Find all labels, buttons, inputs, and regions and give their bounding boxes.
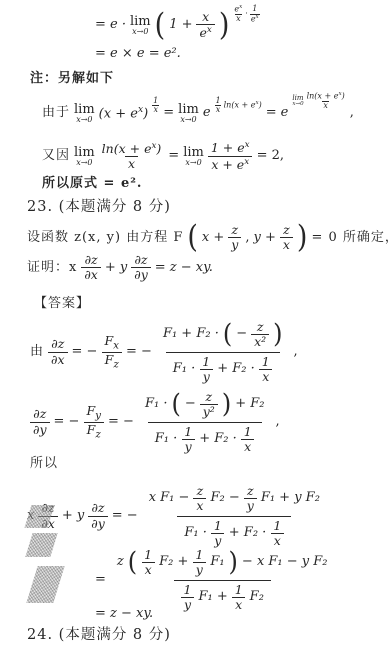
math-token: + y — [62, 508, 84, 524]
math-token: F₁ — [210, 555, 224, 570]
eq-line-6: ∂z ∂y = − Fy Fz = − F₁ · ( − z y² ) + F₂… — [30, 388, 280, 457]
problem-23-heading: 23. (本题满分 8 分) — [27, 198, 171, 216]
limit-operator: lim x→0 — [74, 103, 95, 124]
fraction: 1 y — [192, 548, 206, 578]
numerator: ∂z — [131, 253, 150, 267]
answer-label: 【答案】 — [34, 296, 90, 312]
comma: , — [294, 344, 298, 360]
math-token: = z − xy. — [155, 260, 213, 276]
math-token: = 2, — [257, 148, 284, 164]
limit-subscript: x→0 — [180, 116, 196, 124]
left-paren: ( — [171, 394, 180, 415]
minus-sign: − — [185, 397, 196, 412]
eq-line-7: x ∂z ∂x + y ∂z ∂y = − x F₁ − z x F₂ − z … — [27, 482, 327, 551]
fraction: z x² — [251, 320, 269, 350]
math-token: ) — [342, 92, 345, 101]
math-token: e — [199, 26, 206, 41]
numerator: 1 — [259, 355, 273, 369]
cn-token: 证明：x — [27, 260, 77, 276]
equals-sign: = − — [108, 414, 134, 430]
fraction: ∂z ∂y — [131, 253, 151, 283]
math-token: y + — [253, 230, 275, 246]
denominator: x — [152, 105, 159, 114]
limit-subscript: x→0 — [185, 159, 201, 167]
math-token: ) — [156, 141, 161, 156]
fraction: z y² — [200, 390, 218, 420]
big-fraction: x F₁ − z x F₂ − z y F₁ + y F₂ F₁ · 1 y + — [142, 482, 327, 551]
numerator: 1 — [232, 583, 246, 597]
equals-sign: = − — [112, 508, 138, 524]
big-fraction: F₁ · ( − z y² ) + F₂ F₁ · 1 y + F₂ · 1 — [138, 388, 272, 457]
math-token: F₁ · — [173, 362, 196, 377]
fraction: ln(x + ex) x — [306, 92, 346, 110]
fraction: x ex — [196, 10, 214, 41]
numerator: ∂z — [88, 501, 107, 515]
fraction: Fy Fz — [83, 404, 104, 440]
limit-operator: lim x→0 — [183, 146, 204, 167]
denominator: ∂y — [131, 267, 151, 282]
cn-token: = 0 所确定， — [311, 230, 392, 246]
comma: , — [350, 105, 354, 121]
equals-sign: = − — [72, 344, 98, 360]
numerator: ln(x + ex) — [306, 92, 346, 101]
limit-operator: lim x→0 — [74, 146, 95, 167]
numerator: ex — [233, 5, 243, 14]
superscript: x — [207, 25, 212, 35]
fraction: 1 x — [241, 425, 255, 455]
fraction: 1 x — [259, 355, 273, 385]
equals-sign: = — [266, 105, 277, 121]
answer-heading: 【答案】 — [34, 296, 90, 312]
fraction: 1 x — [141, 548, 155, 578]
superscript: x — [245, 140, 250, 150]
problem-24-heading: 24. (本题满分 8 分) — [27, 626, 171, 644]
denominator: x — [125, 156, 138, 171]
denominator: Fz — [102, 352, 122, 370]
cn-token: 设函数 z(x, y) 由方程 F — [27, 230, 183, 246]
denominator: x — [259, 369, 272, 384]
denominator: y — [228, 237, 241, 252]
denominator: y — [193, 562, 206, 577]
numerator: z — [244, 484, 257, 498]
fraction: 1 y — [199, 355, 213, 385]
math-token: z — [117, 555, 124, 570]
denominator: F₁ · 1 y + F₂ · 1 x — [148, 422, 262, 457]
exponent-group: 1 x — [152, 97, 159, 115]
eq-line-3: 由于 lim x→0 (x + ex) 1 x = lim x→0 e 1 x … — [42, 103, 354, 124]
math-token: x + e — [211, 157, 244, 172]
denominator: x — [322, 101, 329, 110]
math-token: 1 + — [169, 17, 192, 33]
numerator: 1 — [181, 583, 195, 597]
denominator: ∂y — [30, 422, 50, 437]
fraction: ∂z ∂x — [48, 337, 68, 367]
numerator: 1 + ex — [208, 140, 253, 156]
superscript: x — [244, 157, 249, 167]
numerator: ∂z — [30, 407, 49, 421]
right-paren: ) — [222, 394, 231, 415]
cn-token: 所以原式 = e². — [42, 176, 142, 192]
numerator: ln(x + ex) — [99, 141, 165, 157]
numerator: z — [194, 484, 207, 498]
limit-operator: lim x→0 — [178, 103, 199, 124]
limit-operator: lim x→0 — [130, 15, 151, 36]
numerator: ∂z — [82, 253, 101, 267]
heading-text: 24. (本题满分 8 分) — [27, 626, 171, 644]
limit-subscript: x→0 — [132, 28, 148, 36]
fraction: ∂z ∂y — [88, 501, 108, 531]
math-token: lim — [74, 146, 95, 159]
denominator: x — [232, 597, 245, 612]
numerator: 1 — [199, 355, 213, 369]
fraction: z x — [280, 223, 293, 253]
note-heading: 注：另解如下 — [30, 71, 114, 87]
fraction: 1 y — [181, 583, 195, 613]
math-token: (x + e — [99, 106, 138, 121]
dot-operator: · — [245, 9, 248, 19]
fraction: 1 + ex x + ex — [208, 140, 253, 172]
denominator: x — [280, 237, 293, 252]
numerator: z — [254, 320, 267, 334]
subscript: y — [95, 410, 101, 422]
denominator: y — [244, 498, 257, 513]
therefore-label: 所以 — [30, 456, 58, 472]
superscript: x — [256, 14, 259, 20]
right-paren: ) — [219, 13, 230, 38]
fraction: z y — [244, 484, 257, 514]
numerator: 1 — [270, 519, 284, 533]
denominator: ∂x — [48, 352, 68, 367]
numerator: ∂z — [48, 337, 67, 351]
math-token: ln(x + ex) — [224, 100, 262, 111]
math-token: F — [86, 403, 95, 418]
fraction: 1 y — [211, 519, 225, 549]
minus-sign: − — [236, 327, 247, 342]
numerator: 1 — [152, 97, 159, 105]
math-token: F₂ − — [210, 491, 239, 506]
exponent-group: ex x · 1 ex — [233, 5, 259, 23]
limit-subscript: x→0 — [292, 102, 303, 108]
equals-sign: = − — [54, 414, 80, 430]
math-token: = z − xy. — [95, 606, 153, 622]
conclusion-line: 所以原式 = e². — [42, 176, 142, 192]
cn-token: 所以 — [30, 456, 58, 472]
limit-subscript: x→0 — [76, 159, 92, 167]
math-token: F₁ + F₂ · — [163, 327, 219, 342]
math-token: + F₂ · — [217, 362, 255, 377]
eq-line-2: = e × e = e². — [95, 46, 181, 62]
big-fraction: F₁ + F₂ · ( − z x² ) F₁ · 1 y + F₂ · 1 x — [156, 318, 290, 387]
fraction: ∂z ∂y — [30, 407, 50, 437]
comma: , — [245, 230, 249, 246]
math-token: F₁ · — [184, 526, 207, 541]
equals-sign: = — [163, 105, 174, 121]
denominator: x + ex — [208, 156, 252, 173]
denominator: ∂x — [81, 267, 101, 282]
math-token: ln(x + e — [307, 92, 339, 101]
exponent-group: 1 x ln(x + ex) — [215, 97, 262, 115]
big-fraction: z ( 1 x F₂ + 1 y F₁ ) − x F₁ − y F₂ 1 y — [110, 546, 335, 615]
numerator: Fx — [101, 334, 122, 351]
denominator: Fz — [84, 422, 104, 440]
cn-token: 由于 — [42, 105, 70, 121]
fraction: 1 x — [152, 97, 159, 115]
denominator: x — [215, 105, 222, 114]
left-paren: ( — [223, 324, 232, 345]
math-token: F₁ + — [198, 590, 227, 605]
superscript: x — [239, 4, 242, 10]
denominator: y — [200, 369, 213, 384]
fraction: ln(x + ex) x — [99, 141, 165, 172]
denominator: y — [182, 439, 195, 454]
document-page: = e · lim x→0 ( 1 + x ex ) ex x · 1 ex =… — [0, 0, 392, 660]
fraction: 1 x — [232, 583, 246, 613]
left-paren: ( — [128, 552, 137, 573]
numerator: 1 — [241, 425, 255, 439]
left-paren: ( — [187, 225, 198, 250]
limit-subscript: x→0 — [76, 116, 92, 124]
numerator: z — [229, 223, 242, 237]
eq-line-9: = z − xy. — [95, 606, 153, 622]
math-token: (x + ex) — [99, 105, 148, 123]
math-token: F₁ · — [155, 432, 178, 447]
numerator: Fy — [83, 404, 104, 421]
right-paren: ) — [229, 552, 238, 573]
denominator: 1 y F₁ + 1 x F₂ — [174, 580, 271, 615]
denominator: ∂y — [88, 516, 108, 531]
eq-line-4: 又因 lim x→0 ln(x + ex) x = lim x→0 1 + ex… — [42, 140, 284, 172]
denominator: x — [142, 562, 155, 577]
right-paren: ) — [273, 324, 282, 345]
numerator: x — [199, 10, 212, 24]
denominator: x² — [251, 334, 269, 349]
heading-text: 23. (本题满分 8 分) — [27, 198, 171, 216]
numerator: F₁ · ( − z y² ) + F₂ — [138, 388, 272, 422]
note-label: 注：另解如下 — [30, 71, 114, 87]
fraction: z x — [193, 484, 206, 514]
math-token: + y — [105, 260, 127, 276]
math-token: = e · — [95, 17, 126, 33]
subscript: z — [95, 428, 100, 440]
denominator: x — [235, 14, 242, 23]
numerator: 1 — [141, 548, 155, 562]
math-token: = e × e = e². — [95, 46, 181, 62]
denominator: F₁ · 1 y + F₂ · 1 x — [166, 352, 280, 387]
math-token: ln(x + e — [102, 141, 152, 156]
math-token: 1 + e — [211, 140, 245, 155]
numerator: x F₁ − z x F₂ − z y F₁ + y F₂ — [142, 482, 327, 516]
cn-token: 又因 — [42, 148, 70, 164]
math-token: F — [104, 333, 113, 348]
numerator: z — [280, 223, 293, 237]
limit-operator: lim x→0 — [292, 95, 303, 108]
fraction: 1 x — [270, 519, 284, 549]
numerator: 1 — [192, 548, 206, 562]
numerator: z — [202, 390, 215, 404]
math-token: ) — [259, 101, 262, 110]
denominator: ex — [250, 14, 260, 24]
left-paren: ( — [155, 13, 166, 38]
eq-line-8: = z ( 1 x F₂ + 1 y F₁ ) − x F₁ − y F₂ — [95, 546, 335, 615]
comma: , — [275, 414, 279, 430]
denominator: ex — [196, 24, 214, 41]
math-token: F₁ + y F₂ — [261, 491, 320, 506]
math-token: F₁ · — [145, 397, 168, 412]
eq-line-1: = e · lim x→0 ( 1 + x ex ) ex x · 1 ex — [95, 10, 260, 41]
math-token: x F₁ − — [149, 491, 190, 506]
numerator: 1 — [215, 97, 222, 105]
math-token: + F₂ — [235, 397, 264, 412]
math-token: ) — [143, 106, 148, 121]
math-token: ln(x + e — [224, 101, 256, 110]
math-token: − x F₁ − y F₂ — [242, 555, 328, 570]
math-token: lim — [183, 146, 204, 159]
cn-token: 由 — [30, 344, 44, 360]
equals-sign: = − — [126, 344, 152, 360]
fraction: z y — [228, 223, 241, 253]
numerator: z ( 1 x F₂ + 1 y F₁ ) − x F₁ − y F₂ — [110, 546, 335, 580]
eq-line-5: 由 ∂z ∂x = − Fx Fz = − F₁ + F₂ · ( − z x²… — [30, 318, 298, 387]
denominator: x — [193, 498, 206, 513]
problem-statement: 设函数 z(x, y) 由方程 F ( x + z y , y + z x ) … — [27, 223, 392, 253]
math-token: x + — [202, 230, 224, 246]
denominator: x — [241, 439, 254, 454]
math-token: F₂ — [250, 590, 264, 605]
fraction: 1 y — [181, 425, 195, 455]
math-token: lim — [130, 15, 151, 28]
math-token: F₂ + — [159, 555, 188, 570]
watermark-smudge — [26, 566, 64, 603]
denominator: y² — [200, 404, 218, 419]
subscript: z — [113, 358, 118, 370]
math-token: + F₂ · — [229, 526, 267, 541]
numerator: 1 — [251, 5, 258, 13]
fraction: ex x — [233, 5, 243, 23]
right-paren: ) — [297, 225, 308, 250]
fraction: 1 ex — [250, 5, 260, 23]
denominator: y — [181, 597, 194, 612]
numerator: 1 — [211, 519, 225, 533]
numerator: F₁ + F₂ · ( − z x² ) — [156, 318, 290, 352]
math-token: e — [203, 105, 211, 121]
exponent-group: lim x→0 ln(x + ex) x — [292, 92, 345, 110]
numerator: 1 — [181, 425, 195, 439]
subscript: x — [113, 340, 119, 352]
equals-sign: = — [95, 572, 106, 588]
math-token: e — [281, 105, 289, 121]
prove-statement: 证明：x ∂z ∂x + y ∂z ∂y = z − xy. — [27, 253, 213, 283]
equals-sign: = — [168, 148, 179, 164]
math-token: + F₂ · — [199, 432, 237, 447]
fraction: ∂z ∂x — [81, 253, 101, 283]
fraction: 1 x — [215, 97, 222, 115]
fraction: Fx Fz — [101, 334, 122, 370]
